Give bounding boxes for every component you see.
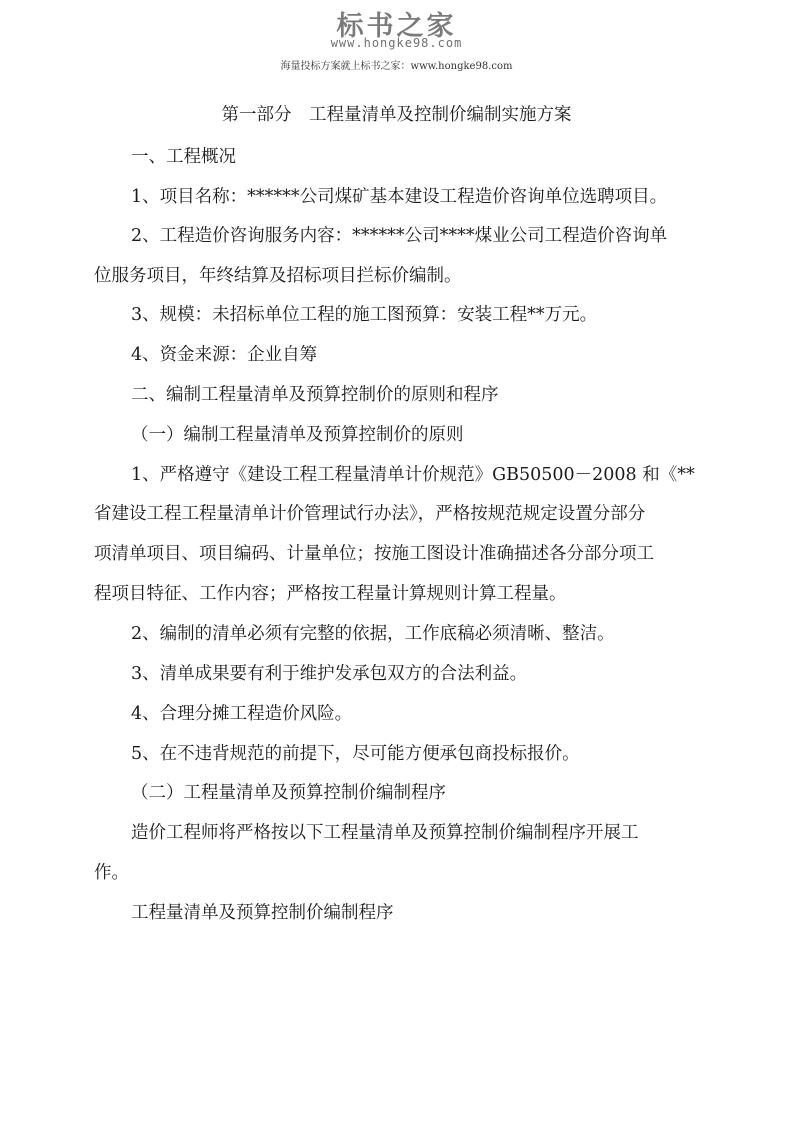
section-heading: 二、编制工程量清单及预算控制价的原则和程序 <box>131 381 499 406</box>
site-logo-url: www.hongke98.com <box>0 36 793 50</box>
section-heading: 一、工程概况 <box>131 143 236 168</box>
document-title: 第一部分 工程量清单及控制价编制实施方案 <box>0 101 793 126</box>
paragraph-line: 4、合理分摊工程造价风险。 <box>131 700 352 725</box>
paragraph-line: 3、规模：未招标单位工程的施工图预算：安装工程**万元。 <box>131 301 597 326</box>
paragraph-line: 省建设工程工程量清单计价管理试行办法》，严格按规范规定设置分部分 <box>94 500 645 525</box>
paragraph-line: 造价工程师将严格按以下工程量清单及预算控制价编制程序开展工 <box>131 819 639 844</box>
paragraph-line: 工程量清单及预算控制价编制程序 <box>131 899 394 924</box>
paragraph-line: 4、资金来源：企业自筹 <box>131 341 317 366</box>
subsection-heading: （二）工程量清单及预算控制价编制程序 <box>131 779 446 804</box>
paragraph-line: 5、在不违背规范的前提下，尽可能方便承包商投标报价。 <box>131 740 580 765</box>
paragraph-line: 1、项目名称：******公司煤矿基本建设工程造价咨询单位选聘项目。 <box>131 183 667 208</box>
paragraph-line: 项清单项目、项目编码、计量单位；按施工图设计准确描述各分部分项工 <box>94 540 654 565</box>
paragraph-line: 位服务项目，年终结算及招标项目拦标价编制。 <box>94 262 462 287</box>
paragraph-line: 作。 <box>94 859 129 884</box>
paragraph-line: 3、清单成果要有利于维护发承包双方的合法利益。 <box>131 660 527 685</box>
paragraph-line: 程项目特征、工作内容；严格按工程量计算规则计算工程量。 <box>94 580 567 605</box>
paragraph-line: 1、严格遵守《建设工程工程量清单计价规范》GB50500－2008 和《** <box>131 461 695 486</box>
subsection-heading: （一）编制工程量清单及预算控制价的原则 <box>131 421 464 446</box>
paragraph-line: 2、工程造价咨询服务内容：******公司****煤业公司工程造价咨询单 <box>131 222 667 247</box>
paragraph-line: 2、编制的清单必须有完整的依据，工作底稿必须清晰、整洁。 <box>131 620 615 645</box>
site-slogan: 海量投标方案就上标书之家：www.hongke98.com <box>0 57 793 72</box>
